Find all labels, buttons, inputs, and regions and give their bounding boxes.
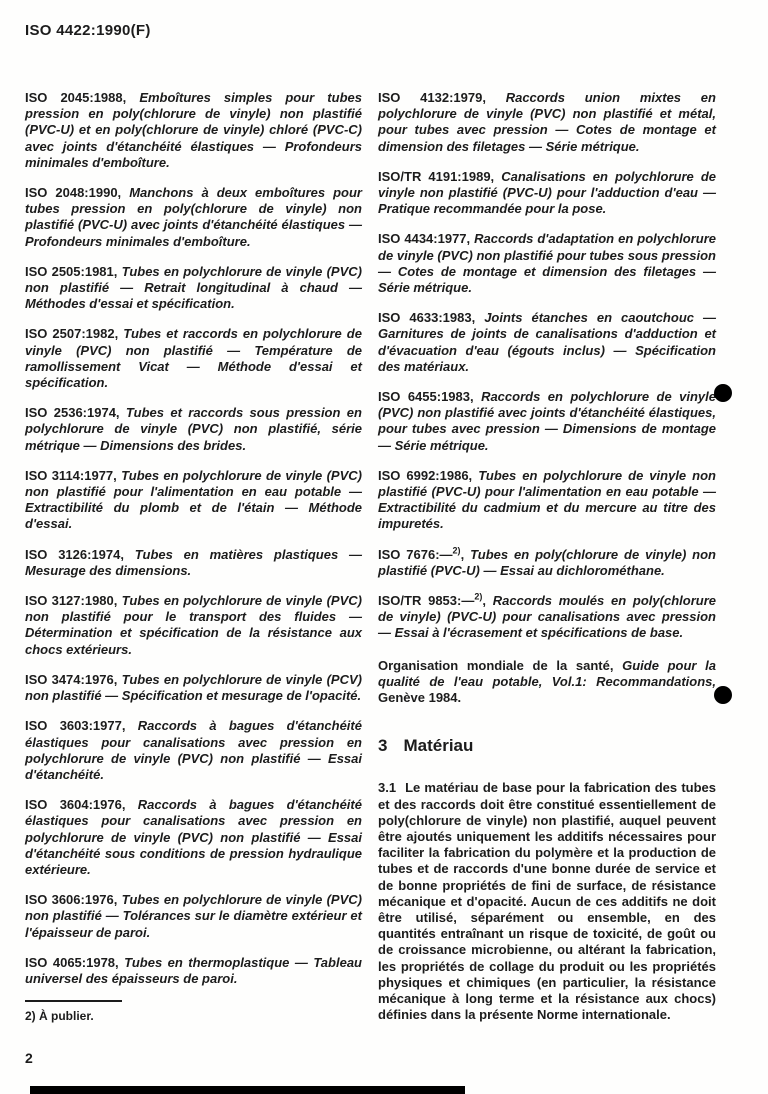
reference-entry: ISO/TR 4191:1989, Canalisations en polyc… [378, 169, 716, 218]
footnote-marker: 2) [25, 1009, 36, 1023]
reference-id: ISO 2507:1982, [25, 326, 118, 341]
reference-entry: ISO 7676:—2), Tubes en poly(chlorure de … [378, 547, 716, 579]
registration-dot-icon [714, 384, 732, 402]
reference-id: ISO 2536:1974, [25, 405, 120, 420]
reference-entry: ISO 4132:1979, Raccords union mixtes en … [378, 90, 716, 155]
footnote-text: À publier. [39, 1009, 94, 1023]
right-column: ISO 4132:1979, Raccords union mixtes en … [378, 90, 716, 1023]
who-reference-author: Organisation mondiale de la santé, [378, 658, 613, 673]
reference-entry: ISO 4434:1977, Raccords d'adaptation en … [378, 231, 716, 296]
reference-id: ISO 3606:1976, [25, 892, 117, 907]
reference-entry: ISO 3604:1976, Raccords à bagues d'étanc… [25, 797, 362, 878]
reference-entry: ISO 2505:1981, Tubes en polychlorure de … [25, 264, 362, 313]
reference-entry: ISO 2048:1990, Manchons à deux emboîture… [25, 185, 362, 250]
section-title: Matériau [403, 736, 473, 755]
reference-id: ISO/TR 9853:— [378, 593, 474, 608]
reference-entry: ISO 2045:1988, Emboîtures simples pour t… [25, 90, 362, 171]
reference-entry: ISO 2507:1982, Tubes et raccords en poly… [25, 326, 362, 391]
footnote-block: 2) À publier. [25, 1000, 122, 1023]
reference-entry: ISO 3606:1976, Tubes en polychlorure de … [25, 892, 362, 941]
page-number: 2 [25, 1050, 33, 1066]
reference-separator: , [461, 547, 465, 562]
reference-id: ISO/TR 4191:1989, [378, 169, 494, 184]
reference-id: ISO 6455:1983, [378, 389, 474, 404]
reference-id: ISO 3114:1977, [25, 468, 117, 483]
reference-id: ISO 3126:1974, [25, 547, 124, 562]
reference-id: ISO 4132:1979, [378, 90, 486, 105]
footnote: 2) À publier. [25, 1009, 122, 1023]
reference-entry: ISO 4633:1983, Joints étanches en caoutc… [378, 310, 716, 375]
reference-entry: ISO 3603:1977, Raccords à bagues d'étanc… [25, 718, 362, 783]
reference-id: ISO 4633:1983, [378, 310, 475, 325]
left-column: ISO 2045:1988, Emboîtures simples pour t… [25, 90, 362, 1001]
registration-dot-icon [714, 686, 732, 704]
reference-id: ISO 2048:1990, [25, 185, 121, 200]
who-reference: Organisation mondiale de la santé, Guide… [378, 658, 716, 707]
reference-id: ISO 2045:1988, [25, 90, 126, 105]
left-reference-list: ISO 2045:1988, Emboîtures simples pour t… [25, 90, 362, 987]
reference-id: ISO 6992:1986, [378, 468, 472, 483]
reference-entry: ISO 3474:1976, Tubes en polychlorure de … [25, 672, 362, 704]
footnote-marker-sup: 2) [453, 545, 461, 555]
who-reference-place: Genève 1984. [378, 690, 461, 705]
reference-entry: ISO 2536:1974, Tubes et raccords sous pr… [25, 405, 362, 454]
clause-number: 3.1 [378, 780, 396, 795]
footnote-rule [25, 1000, 122, 1002]
document-page: ISO 4422:1990(F) ISO 2045:1988, Emboîtur… [0, 0, 768, 1094]
clause-3-1: 3.1Le matériau de base pour la fabricati… [378, 780, 716, 1023]
reference-id: ISO 3127:1980, [25, 593, 117, 608]
reference-id: ISO 4434:1977, [378, 231, 470, 246]
reference-entry: ISO 3126:1974, Tubes en matières plastiq… [25, 547, 362, 579]
page-header: ISO 4422:1990(F) [25, 22, 151, 39]
reference-id: ISO 3604:1976, [25, 797, 125, 812]
reference-id: ISO 4065:1978, [25, 955, 119, 970]
reference-entry: ISO/TR 9853:—2), Raccords moulés en poly… [378, 593, 716, 642]
reference-entry: ISO 3127:1980, Tubes en polychlorure de … [25, 593, 362, 658]
reference-id: ISO 3474:1976, [25, 672, 117, 687]
section-heading: 3Matériau [378, 736, 716, 756]
section-number: 3 [378, 736, 387, 755]
scan-artifact-bar [30, 1086, 465, 1094]
reference-entry: ISO 4065:1978, Tubes en thermoplastique … [25, 955, 362, 987]
reference-separator: , [482, 593, 486, 608]
reference-entry: ISO 6992:1986, Tubes en polychlorure de … [378, 468, 716, 533]
right-reference-list: ISO 4132:1979, Raccords union mixtes en … [378, 90, 716, 642]
reference-id: ISO 7676:— [378, 547, 453, 562]
clause-text: Le matériau de base pour la fabrication … [378, 780, 716, 1022]
reference-id: ISO 2505:1981, [25, 264, 117, 279]
reference-id: ISO 3603:1977, [25, 718, 125, 733]
reference-entry: ISO 3114:1977, Tubes en polychlorure de … [25, 468, 362, 533]
reference-entry: ISO 6455:1983, Raccords en polychlorure … [378, 389, 716, 454]
